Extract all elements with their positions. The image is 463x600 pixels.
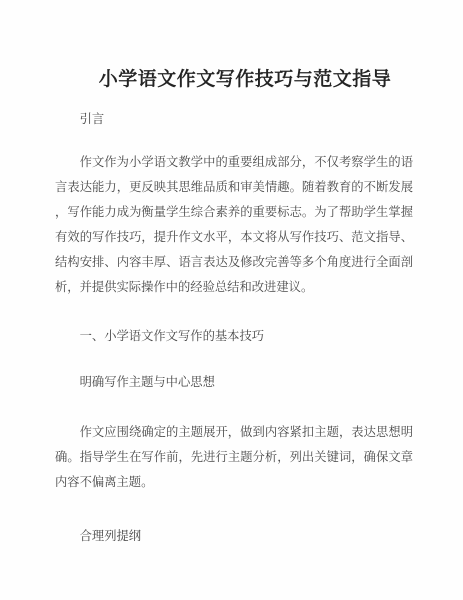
document-page: 小学语文作文写作技巧与范文指导 引言 作文作为小学语文教学中的重要组成部分，不仅… [0, 0, 463, 600]
text-line: 言表达能力，更反映其思维品质和审美情趣。随着教育的不断发展 [55, 175, 413, 200]
intro-heading: 引言 [55, 107, 413, 132]
section-heading-1: 一、小学语文作文写作的基本技巧 [55, 324, 413, 349]
paragraph-introduction: 作文作为小学语文教学中的重要组成部分，不仅考察学生的语 言表达能力，更反映其思维… [55, 150, 413, 300]
document-title: 小学语文作文写作技巧与范文指导 [55, 67, 435, 93]
subsection-heading-outline: 合理列提纲 [55, 524, 413, 549]
text-line: 作文作为小学语文教学中的重要组成部分，不仅考察学生的语 [55, 150, 413, 175]
text-line: 确。指导学生在写作前，先进行主题分析，列出关键词，确保文章 [55, 445, 413, 470]
text-line: 析，并提供实际操作中的经验总结和改进建议。 [55, 275, 413, 300]
paragraph-theme: 作文应围绕确定的主题展开，做到内容紧扣主题，表达思想明 确。指导学生在写作前，先… [55, 420, 413, 495]
text-line: 有效的写作技巧，提升作文水平，本文将从写作技巧、范文指导、 [55, 225, 413, 250]
text-line: 结构安排、内容丰厚、语言表达及修改完善等多个角度进行全面剖 [55, 250, 413, 275]
text-line: ，写作能力成为衡量学生综合素养的重要标志。为了帮助学生掌握 [55, 200, 413, 225]
text-line: 作文应围绕确定的主题展开，做到内容紧扣主题，表达思想明 [55, 420, 413, 445]
text-line: 内容不偏离主题。 [55, 470, 413, 495]
subsection-heading-theme: 明确写作主题与中心思想 [55, 370, 413, 395]
